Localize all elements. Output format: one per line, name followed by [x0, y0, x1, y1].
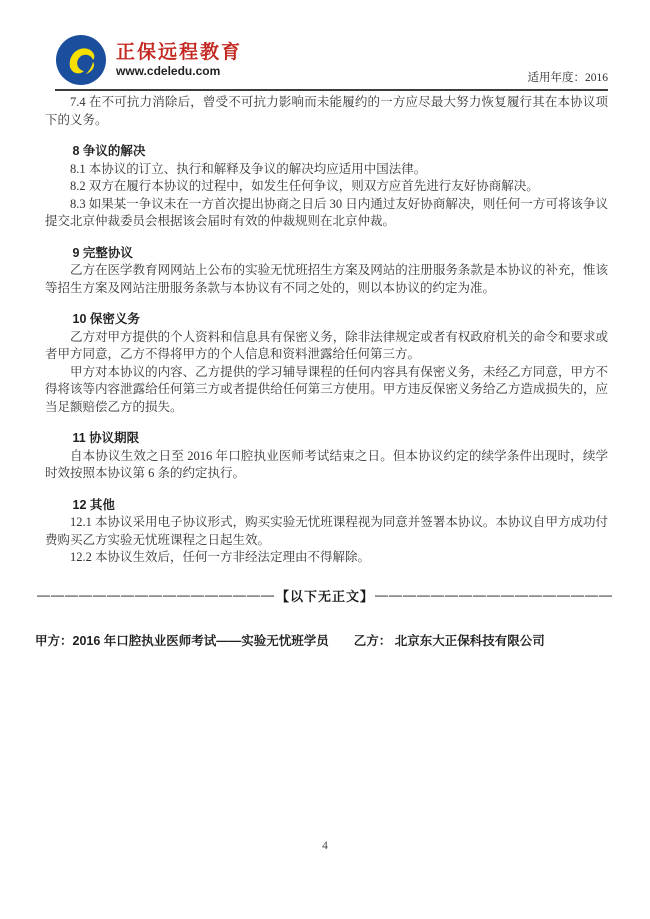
section-heading: 9 完整协议: [45, 245, 608, 263]
document-body: 7.4 在不可抗力消除后，曾受不可抗力影响而未能履约的一方应尽最大努力恢复履行其…: [0, 91, 650, 567]
signature-party-a: 甲方：2016 年口腔执业医师考试——实验无忧班学员: [35, 631, 329, 649]
paragraph: 乙方对甲方提供的个人资料和信息具有保密义务，除非法律规定或者有权政府机关的命令和…: [45, 329, 608, 364]
no-further-text-divider: ————————————————— 【以下无正文】 ——————————————…: [0, 586, 650, 605]
paragraph: 8.2 双方在履行本协议的过程中，如发生任何争议，则双方应首先进行友好协商解决。: [45, 178, 608, 196]
divider-dashes-right: —————————————————: [375, 587, 613, 603]
paragraph: 甲方对本协议的内容、乙方提供的学习辅导课程的任何内容具有保密义务，未经乙方同意，…: [45, 364, 608, 417]
paragraph: 12.1 本协议采用电子协议形式，购买实验无忧班课程视为同意并签署本协议。本协议…: [45, 514, 608, 549]
section-heading: 10 保密义务: [45, 311, 608, 329]
paragraph: 自本协议生效之日至 2016 年口腔执业医师考试结束之日。但本协议约定的续学条件…: [45, 448, 608, 483]
brand-name: 正保远程教育: [116, 41, 242, 64]
page-number: 4: [322, 840, 328, 852]
signature-row: 甲方：2016 年口腔执业医师考试——实验无忧班学员 乙方： 北京东大正保科技有…: [0, 631, 650, 649]
applicable-year-label: 适用年度：2016: [528, 69, 609, 86]
paragraph: 7.4 在不可抗力消除后，曾受不可抗力影响而未能履约的一方应尽最大努力恢复履行其…: [45, 94, 608, 129]
section-heading: 11 协议期限: [45, 430, 608, 448]
company-logo-icon: [55, 34, 107, 86]
paragraph: 8.1 本协议的订立、执行和解释及争议的解决均应适用中国法律。: [45, 161, 608, 179]
page-header: 正保远程教育 www.cdeledu.com 适用年度：2016: [0, 0, 650, 91]
brand-url: www.cdeledu.com: [116, 64, 242, 79]
section-heading: 8 争议的解决: [45, 143, 608, 161]
brand-logo-block: 正保远程教育 www.cdeledu.com: [55, 34, 242, 86]
document-page: 正保远程教育 www.cdeledu.com 适用年度：2016 7.4 在不可…: [0, 0, 650, 919]
section-heading: 12 其他: [45, 497, 608, 515]
paragraph: 12.2 本协议生效后，任何一方非经法定理由不得解除。: [45, 549, 608, 567]
signature-party-b: 乙方： 北京东大正保科技有限公司: [354, 631, 545, 649]
divider-label: 【以下无正文】: [276, 586, 374, 605]
page-footer: 4: [0, 840, 650, 852]
brand-text-block: 正保远程教育 www.cdeledu.com: [116, 41, 242, 79]
paragraph: 8.3 如果某一争议未在一方首次提出协商之日后 30 日内通过友好协商解决，则任…: [45, 196, 608, 231]
paragraph: 乙方在医学教育网网站上公布的实验无忧班招生方案及网站的注册服务条款是本协议的补充…: [45, 262, 608, 297]
divider-dashes-left: —————————————————: [37, 587, 275, 603]
